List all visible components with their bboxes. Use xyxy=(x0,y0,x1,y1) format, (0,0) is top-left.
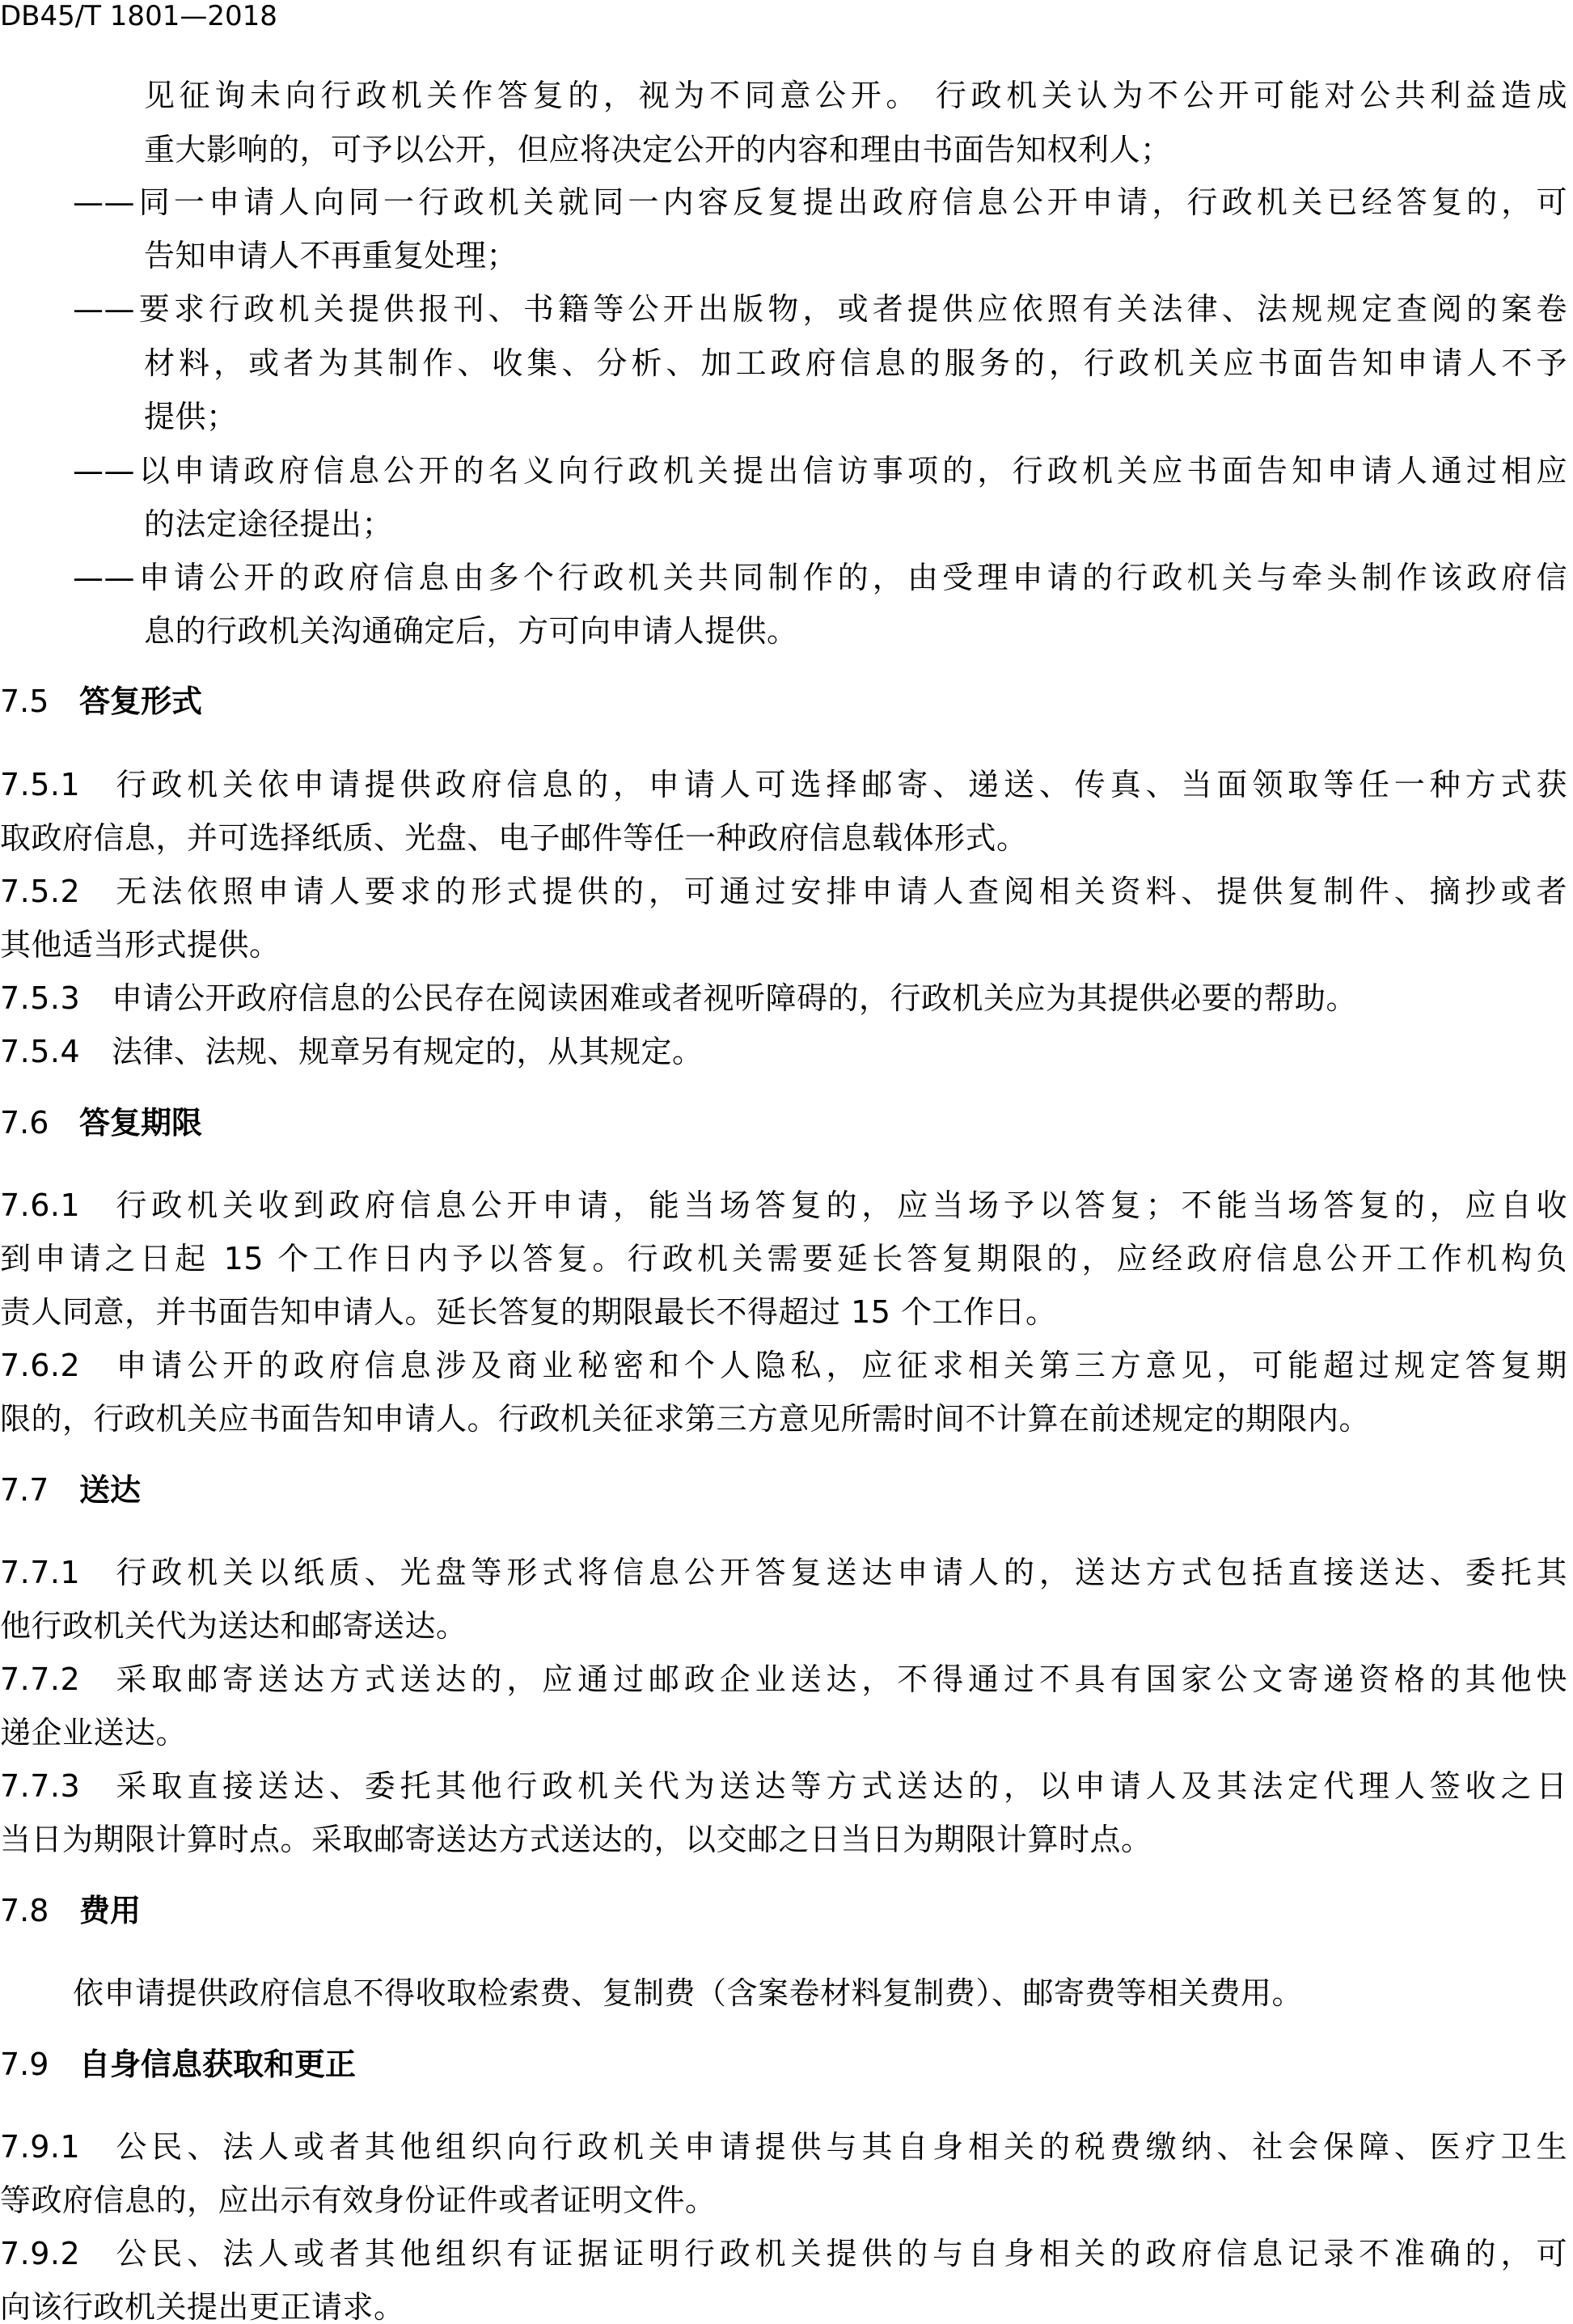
bullet-item: ——以申请政府信息公开的名义向行政机关提出信访事项的，行政机关应书面告知申请人通… xyxy=(73,453,1567,489)
clause-text: 行政机关依申请提供政府信息的，申请人可选择邮寄、递送、传真、当面领取等任一种方式… xyxy=(112,767,1567,802)
clause-text: 申请公开的政府信息涉及商业秘密和个人隐私，应征求相关第三方意见，可能超过规定答复… xyxy=(112,1348,1567,1383)
continuation-line: 见征询未向行政机关作答复的，视为不同意公开。 行政机关认为不公开可能对公共利益造… xyxy=(144,78,1567,113)
clause-text: 采取邮寄送达方式送达的，应通过邮政企业送达，不得通过不具有国家公文寄递资格的其他… xyxy=(112,1662,1567,1697)
dash-marker: —— xyxy=(73,453,135,489)
dash-marker: —— xyxy=(73,184,135,220)
section-number: 7.8 xyxy=(0,1893,79,1928)
clause-continuation: 取政府信息，并可选择纸质、光盘、电子邮件等任一种政府信息载体形式。 xyxy=(0,820,1028,856)
clause-7-7-2: 7.7.2采取邮寄送达方式送达的，应通过邮政企业送达，不得通过不具有国家公文寄递… xyxy=(0,1662,1567,1697)
clause-7-5-4: 7.5.4法律、法规、规章另有规定的，从其规定。 xyxy=(0,1034,704,1069)
section-number: 7.9 xyxy=(0,2047,79,2082)
clause-7-7-1: 7.7.1行政机关以纸质、光盘等形式将信息公开答复送达申请人的，送达方式包括直接… xyxy=(0,1555,1567,1590)
clause-number: 7.5.2 xyxy=(0,874,112,909)
section-number: 7.5 xyxy=(0,684,79,719)
section-title: 答复形式 xyxy=(79,684,202,719)
clause-7-6-2: 7.6.2申请公开的政府信息涉及商业秘密和个人隐私，应征求相关第三方意见，可能超… xyxy=(0,1348,1567,1383)
clause-text: 行政机关收到政府信息公开申请，能当场答复的，应当场予以答复；不能当场答复的，应自… xyxy=(112,1187,1567,1223)
clause-7-5-2: 7.5.2无法依照申请人要求的形式提供的，可通过安排申请人查阅相关资料、提供复制… xyxy=(0,874,1567,909)
clause-7-5-1: 7.5.1行政机关依申请提供政府信息的，申请人可选择邮寄、递送、传真、当面领取等… xyxy=(0,767,1567,802)
clause-7-6-1: 7.6.1行政机关收到政府信息公开申请，能当场答复的，应当场予以答复；不能当场答… xyxy=(0,1187,1567,1223)
standard-code-header: DB45/T 1801—2018 xyxy=(0,0,277,32)
bullet-text: 同一申请人向同一行政机关就同一内容反复提出政府信息公开申请，行政机关已经答复的，… xyxy=(135,184,1567,220)
clause-number: 7.9.1 xyxy=(0,2129,112,2165)
section-title: 送达 xyxy=(79,1472,141,1508)
clause-number: 7.5.1 xyxy=(0,767,112,802)
section-title: 自身信息获取和更正 xyxy=(79,2047,356,2082)
clause-7-9-1: 7.9.1公民、法人或者其他组织向行政机关申请提供与其自身相关的税费缴纳、社会保… xyxy=(0,2129,1567,2165)
clause-number: 7.9.2 xyxy=(0,2236,112,2271)
clause-text: 申请公开政府信息的公民存在阅读困难或者视听障碍的，行政机关应为其提供必要的帮助。 xyxy=(112,980,1357,1016)
dash-marker: —— xyxy=(73,560,135,595)
clause-continuation: 等政府信息的，应出示有效身份证件或者证明文件。 xyxy=(0,2182,717,2218)
clause-number: 7.6.2 xyxy=(0,1348,112,1383)
section-number: 7.7 xyxy=(0,1472,79,1508)
bullet-text: 要求行政机关提供报刊、书籍等公开出版物，或者提供应依照有关法律、法规规定查阅的案… xyxy=(135,291,1567,327)
bullet-item: ——要求行政机关提供报刊、书籍等公开出版物，或者提供应依照有关法律、法规规定查阅… xyxy=(73,291,1567,327)
dash-marker: —— xyxy=(73,291,135,327)
section-heading-7-5: 7.5答复形式 xyxy=(0,684,202,719)
clause-7-5-3: 7.5.3申请公开政府信息的公民存在阅读困难或者视听障碍的，行政机关应为其提供必… xyxy=(0,980,1357,1016)
section-title: 费用 xyxy=(79,1893,141,1928)
bullet-continuation: 材料，或者为其制作、收集、分析、加工政府信息的服务的，行政机关应书面告知申请人不… xyxy=(144,345,1567,381)
clause-text: 无法依照申请人要求的形式提供的，可通过安排申请人查阅相关资料、提供复制件、摘抄或… xyxy=(112,874,1567,909)
section-heading-7-8: 7.8费用 xyxy=(0,1893,141,1928)
clause-number: 7.5.4 xyxy=(0,1034,112,1069)
clause-number: 7.6.1 xyxy=(0,1187,112,1223)
clause-text: 采取直接送达、委托其他行政机关代为送达等方式送达的，以申请人及其法定代理人签收之… xyxy=(112,1768,1567,1804)
clause-7-7-3: 7.7.3采取直接送达、委托其他行政机关代为送达等方式送达的，以申请人及其法定代… xyxy=(0,1768,1567,1804)
clause-number: 7.7.3 xyxy=(0,1768,112,1804)
bullet-continuation: 提供； xyxy=(144,399,238,434)
clause-7-9-2: 7.9.2公民、法人或者其他组织有证据证明行政机关提供的与自身相关的政府信息记录… xyxy=(0,2236,1567,2271)
bullet-continuation: 告知申请人不再重复处理； xyxy=(144,238,518,273)
section-heading-7-9: 7.9自身信息获取和更正 xyxy=(0,2047,356,2082)
section-heading-7-7: 7.7送达 xyxy=(0,1472,141,1508)
section-heading-7-6: 7.6答复期限 xyxy=(0,1105,202,1141)
bullet-item: ——同一申请人向同一行政机关就同一内容反复提出政府信息公开申请，行政机关已经答复… xyxy=(73,184,1567,220)
clause-text: 法律、法规、规章另有规定的，从其规定。 xyxy=(112,1034,704,1069)
bullet-text: 申请公开的政府信息由多个行政机关共同制作的，由受理申请的行政机关与牵头制作该政府… xyxy=(135,560,1567,595)
bullet-continuation: 的法定途径提出； xyxy=(144,506,393,542)
clause-number: 7.7.1 xyxy=(0,1555,112,1590)
section-number: 7.6 xyxy=(0,1105,79,1141)
clause-number: 7.5.3 xyxy=(0,980,112,1016)
fees-paragraph: 依申请提供政府信息不得收取检索费、复制费（含案卷材料复制费）、邮寄费等相关费用。 xyxy=(73,1975,1303,2011)
clause-continuation: 递企业送达。 xyxy=(0,1715,187,1750)
bullet-text: 以申请政府信息公开的名义向行政机关提出信访事项的，行政机关应书面告知申请人通过相… xyxy=(135,453,1567,489)
clause-continuation: 限的，行政机关应书面告知申请人。行政机关征求第三方意见所需时间不计算在前述规定的… xyxy=(0,1401,1370,1437)
clause-continuation: 当日为期限计算时点。采取邮寄送达方式送达的，以交邮之日当日为期限计算时点。 xyxy=(0,1822,1152,1857)
continuation-line: 重大影响的，可予以公开，但应将决定公开的内容和理由书面告知权利人； xyxy=(144,132,1172,167)
clause-text: 公民、法人或者其他组织向行政机关申请提供与其自身相关的税费缴纳、社会保障、医疗卫… xyxy=(112,2129,1567,2165)
clause-continuation: 到申请之日起 15 个工作日内予以答复。行政机关需要延长答复期限的，应经政府信息… xyxy=(0,1241,1567,1276)
clause-continuation: 责人同意，并书面告知申请人。延长答复的期限最长不得超过 15 个工作日。 xyxy=(0,1294,1057,1330)
clause-text: 公民、法人或者其他组织有证据证明行政机关提供的与自身相关的政府信息记录不准确的，… xyxy=(112,2236,1567,2271)
clause-text: 行政机关以纸质、光盘等形式将信息公开答复送达申请人的，送达方式包括直接送达、委托… xyxy=(112,1555,1567,1590)
clause-number: 7.7.2 xyxy=(0,1662,112,1697)
clause-continuation: 他行政机关代为送达和邮寄送达。 xyxy=(0,1608,467,1644)
bullet-continuation: 息的行政机关沟通确定后，方可向申请人提供。 xyxy=(144,613,798,649)
section-title: 答复期限 xyxy=(79,1105,202,1141)
clause-continuation: 向该行政机关提出更正请求。 xyxy=(0,2289,405,2324)
clause-continuation: 其他适当形式提供。 xyxy=(0,927,281,963)
bullet-item: ——申请公开的政府信息由多个行政机关共同制作的，由受理申请的行政机关与牵头制作该… xyxy=(73,560,1567,595)
